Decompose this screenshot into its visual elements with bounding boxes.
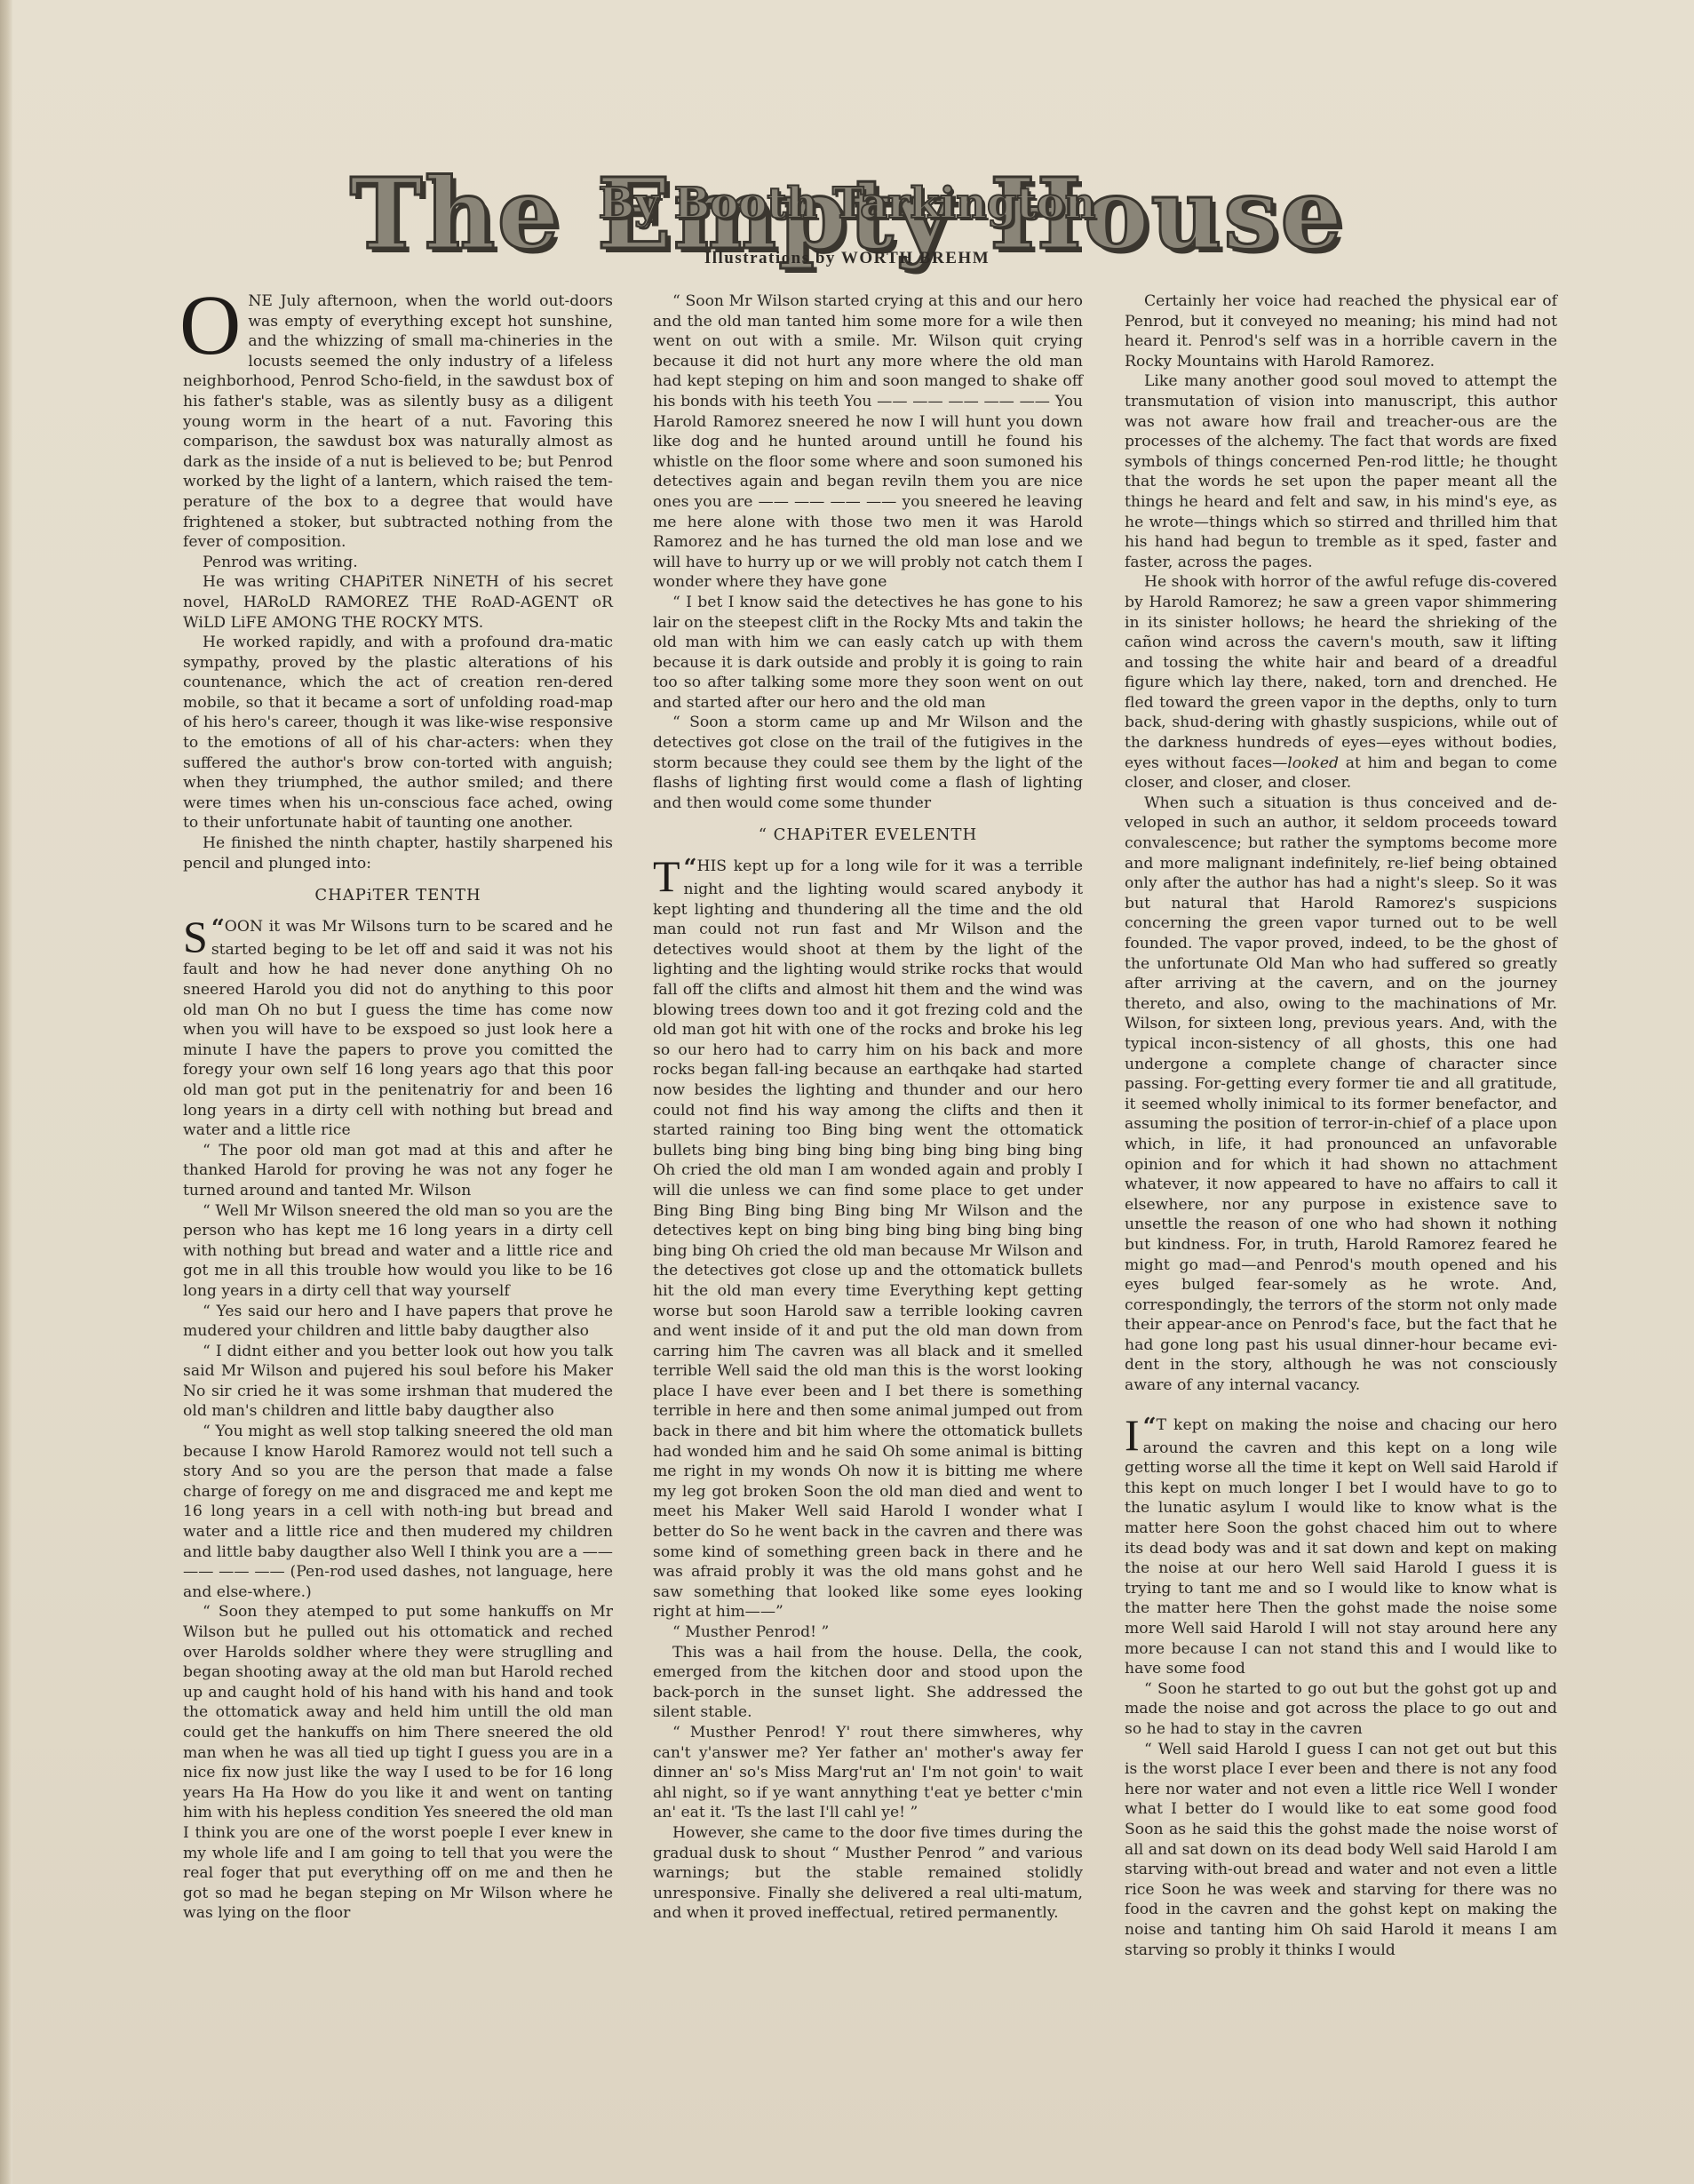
paragraph: “ I didnt either and you better look out… [183, 1342, 613, 1422]
chapter-heading: CHAPiTER TENTH [183, 886, 613, 906]
drop-cap: O [179, 293, 241, 357]
paragraph: “ I bet I know said the detectives he ha… [653, 593, 1083, 713]
paragraph: This was a hail from the house. Della, t… [653, 1643, 1083, 1723]
open-quote-mark: “ [211, 915, 225, 942]
paragraph-text: OON it was Mr Wilsons turn to be scared … [183, 918, 613, 1139]
paragraph: “ Soon a storm came up and Mr Wilson and… [653, 713, 1083, 813]
article-byline: By Booth Tarkington [0, 182, 1694, 225]
illustrations-credit: Illustrations by WORTH BREHM [0, 249, 1694, 268]
paragraph: “ The poor old man got mad at this and a… [183, 1141, 613, 1201]
paragraph: He was writing CHAPiTER NiNETH of his se… [183, 572, 613, 633]
page-binding-edge [0, 0, 12, 2184]
drop-cap: T [653, 858, 680, 894]
paragraph: “ Musther Penrod! Y' rout there simwhere… [653, 1723, 1083, 1823]
paragraph: He shook with horror of the awful refuge… [1125, 572, 1557, 793]
paragraph-text: HIS kept up for a long wile for it was a… [653, 857, 1083, 1621]
drop-cap: S [183, 919, 208, 954]
paragraph: “ You might as well stop talking sneered… [183, 1422, 613, 1602]
paragraph-text: He shook with horror of the awful refuge… [1125, 573, 1557, 771]
paragraph: “THIS kept up for a long wile for it was… [653, 857, 1083, 1622]
paragraph: Like many another good soul moved to att… [1125, 371, 1557, 572]
paragraph: “ Soon he started to go out but the gohs… [1125, 1679, 1557, 1740]
paragraph-text: NE July afternoon, when the world out-do… [183, 292, 613, 551]
section-spacer [1125, 1396, 1557, 1415]
open-quote-mark: “ [684, 855, 697, 881]
paragraph: Penrod was writing. [183, 553, 613, 573]
text-column-3: Certainly her voice had reached the phys… [1125, 291, 1557, 1960]
drop-cap: I [1125, 1417, 1140, 1453]
paragraph: “ Well said Harold I guess I can not get… [1125, 1740, 1557, 1961]
paragraph: He worked rapidly, and with a profound d… [183, 633, 613, 833]
paragraph: “ Yes said our hero and I have papers th… [183, 1302, 613, 1342]
paragraph: When such a situation is thus conceived … [1125, 793, 1557, 1396]
paragraph: “ Soon Mr Wilson started crying at this … [653, 291, 1083, 593]
paragraph: “ Soon they atemped to put some hankuffs… [183, 1602, 613, 1924]
open-quote-mark: “ [1143, 1414, 1157, 1440]
paragraph-text: T kept on making the noise and chacing o… [1125, 1416, 1557, 1678]
paragraph: ONE July afternoon, when the world out-d… [183, 291, 613, 553]
chapter-heading: “ CHAPiTER EVELENTH [653, 825, 1083, 846]
paragraph: However, she came to the door five times… [653, 1823, 1083, 1924]
paragraph: “SOON it was Mr Wilsons turn to be scare… [183, 917, 613, 1141]
italic-emphasis: looked [1287, 754, 1339, 772]
paragraph: “ Well Mr Wilson sneered the old man so … [183, 1201, 613, 1302]
paragraph: “IT kept on making the noise and chacing… [1125, 1415, 1557, 1679]
paragraph: “ Musther Penrod! ” [653, 1622, 1083, 1643]
magazine-page: The Empty House By Booth Tarkington Illu… [0, 0, 1694, 2184]
text-column-2: “ Soon Mr Wilson started crying at this … [653, 291, 1083, 1924]
paragraph: He finished the ninth chapter, hastily s… [183, 833, 613, 873]
text-column-1: ONE July afternoon, when the world out-d… [183, 291, 613, 1924]
paragraph: Certainly her voice had reached the phys… [1125, 291, 1557, 371]
